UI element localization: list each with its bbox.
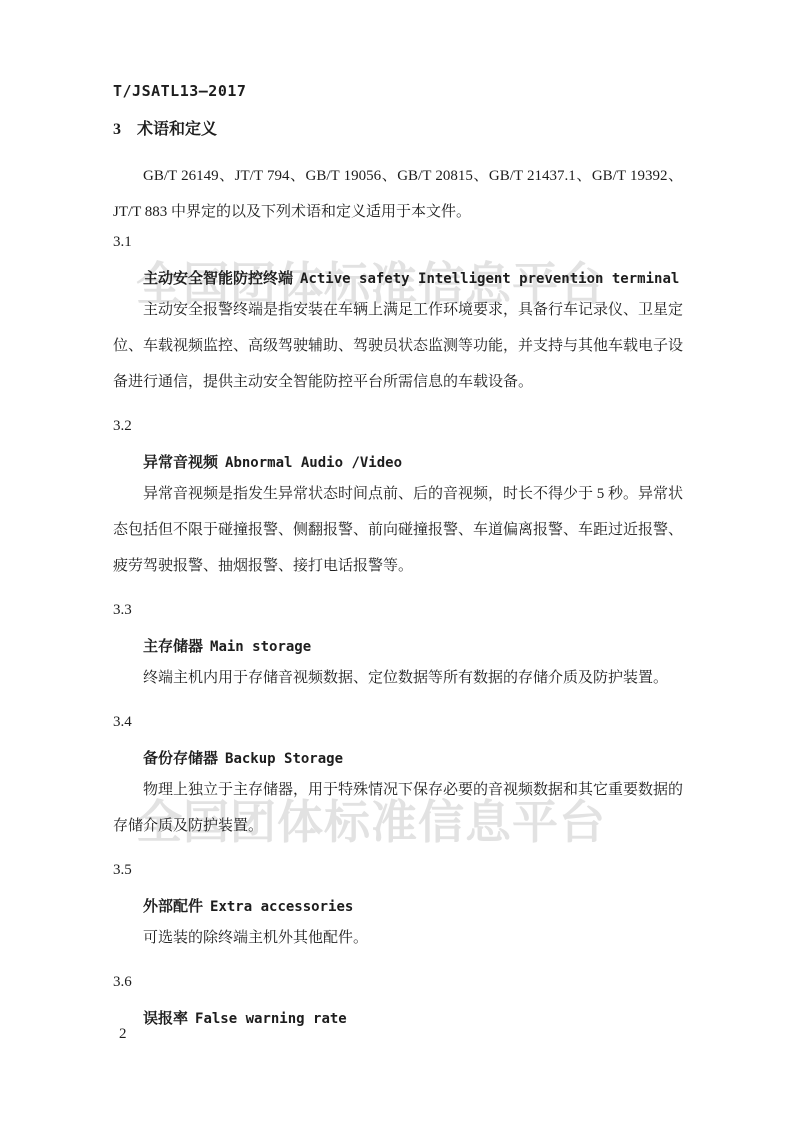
intro-paragraph: GB/T 26149、JT/T 794、GB/T 19056、GB/T 2081… (113, 158, 683, 230)
term-name: 异常音视频Abnormal Audio /Video (113, 450, 683, 476)
term-name: 外部配件Extra accessories (113, 894, 683, 920)
term-name-zh: 误报率 (143, 1011, 188, 1027)
term-number: 3.4 (113, 710, 683, 734)
term-name-en: Active safety Intelligent prevention ter… (300, 271, 679, 287)
page-content: T/JSATL13—2017 3 术语和定义 GB/T 26149、JT/T 7… (113, 82, 683, 1032)
term-name: 备份存储器Backup Storage (113, 746, 683, 772)
standard-number-header: T/JSATL13—2017 (113, 82, 683, 100)
term-name-en: Abnormal Audio /Video (225, 455, 402, 471)
term-name-en: Extra accessories (210, 899, 353, 915)
term-section-3-5: 3.5 外部配件Extra accessories 可选装的除终端主机外其他配件… (113, 858, 683, 956)
term-name-zh: 外部配件 (143, 899, 203, 915)
term-name: 主动安全智能防控终端Active safety Intelligent prev… (113, 266, 683, 292)
term-section-3-6: 3.6 误报率False warning rate (113, 970, 683, 1032)
term-name-zh: 主动安全智能防控终端 (143, 271, 293, 287)
term-name: 误报率False warning rate (113, 1006, 683, 1032)
term-name-en: Main storage (210, 639, 311, 655)
section-heading: 3 术语和定义 (113, 120, 683, 140)
term-definition: 终端主机内用于存储音视频数据、定位数据等所有数据的存储介质及防护装置。 (113, 660, 683, 696)
term-section-3-1: 3.1 主动安全智能防控终端Active safety Intelligent … (113, 230, 683, 400)
term-definition: 异常音视频是指发生异常状态时间点前、后的音视频，时长不得少于 5 秒。异常状态包… (113, 476, 683, 584)
term-number: 3.1 (113, 230, 683, 254)
term-section-3-3: 3.3 主存储器Main storage 终端主机内用于存储音视频数据、定位数据… (113, 598, 683, 696)
term-name-zh: 备份存储器 (143, 751, 218, 767)
page-number: 2 (119, 1026, 127, 1043)
term-name-zh: 异常音视频 (143, 455, 218, 471)
term-number: 3.2 (113, 414, 683, 438)
term-name: 主存储器Main storage (113, 634, 683, 660)
term-name-en: False warning rate (195, 1011, 347, 1027)
term-number: 3.6 (113, 970, 683, 994)
term-number: 3.3 (113, 598, 683, 622)
term-number: 3.5 (113, 858, 683, 882)
term-definition: 物理上独立于主存储器，用于特殊情况下保存必要的音视频数据和其它重要数据的存储介质… (113, 772, 683, 844)
term-definition: 主动安全报警终端是指安装在车辆上满足工作环境要求，具备行车记录仪、卫星定位、车载… (113, 292, 683, 400)
term-definition: 可选装的除终端主机外其他配件。 (113, 920, 683, 956)
term-section-3-2: 3.2 异常音视频Abnormal Audio /Video 异常音视频是指发生… (113, 414, 683, 584)
document-page: 全国团体标准信息平台 全国团体标准信息平台 T/JSATL13—2017 3 术… (0, 0, 794, 1123)
term-name-en: Backup Storage (225, 751, 343, 767)
term-name-zh: 主存储器 (143, 639, 203, 655)
term-section-3-4: 3.4 备份存储器Backup Storage 物理上独立于主存储器，用于特殊情… (113, 710, 683, 844)
